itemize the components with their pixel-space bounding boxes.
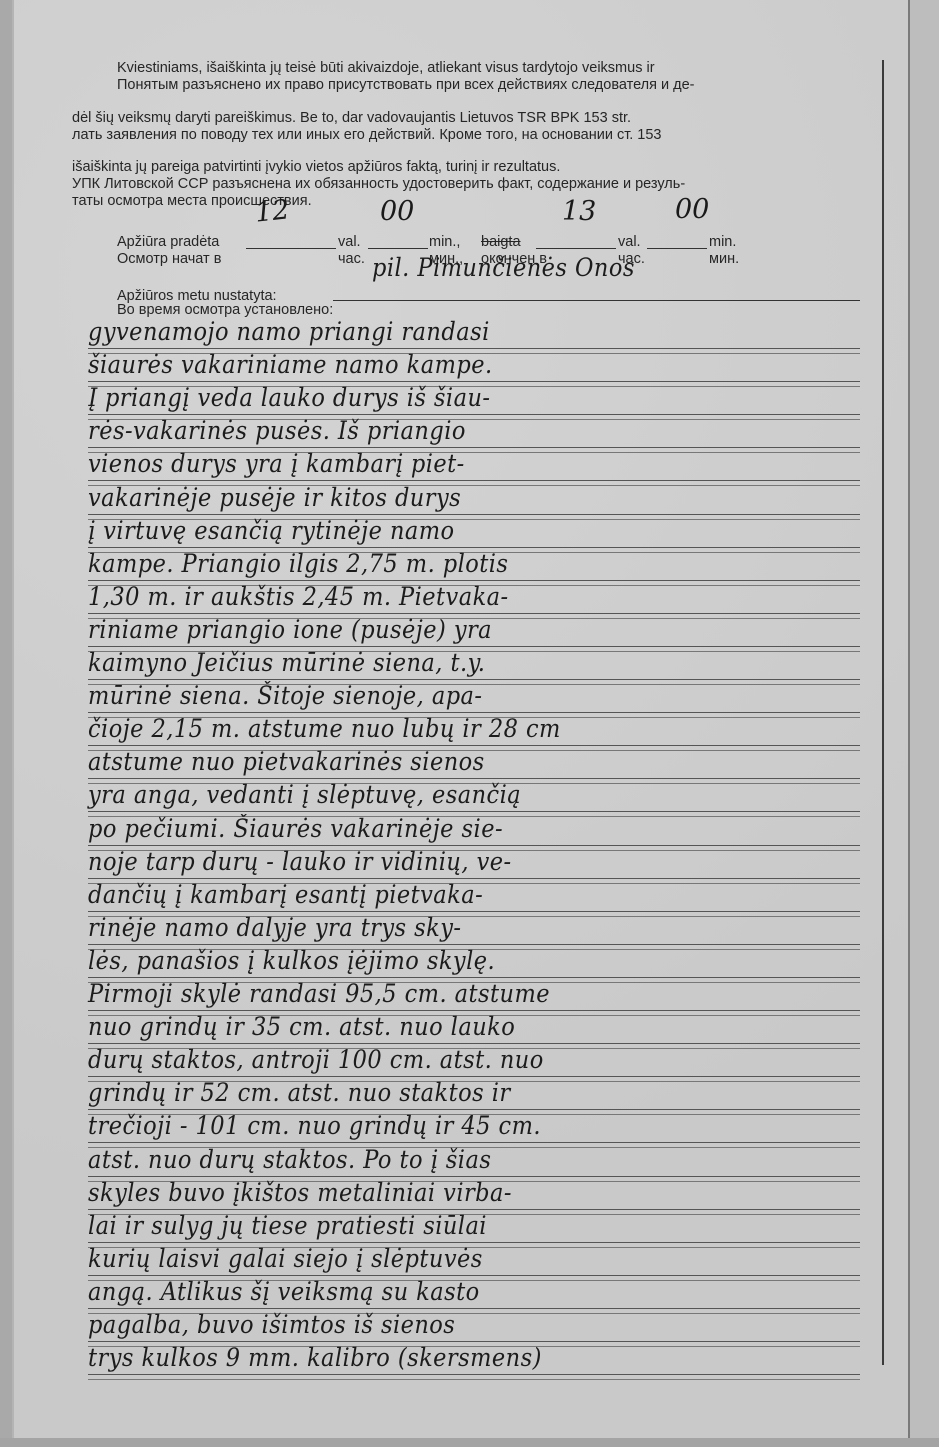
handwritten-line: kurių laisvi galai siejo į slėptuvės [88,1245,808,1273]
end-minutes-label-lt: min. [709,234,736,251]
handwritten-line: trečioji - 101 cm. nuo grindų ir 45 cm. [88,1112,808,1140]
handwritten-line: Pirmoji skylė randasi 95,5 cm. atstume [88,980,808,1008]
handwritten-line: rinėje namo dalyje yra trys sky- [88,914,808,942]
start-label-ru: Осмотр начат в [117,251,221,268]
end-hour-blank [536,248,616,249]
handwritten-line: lės, panašios į kulkos įėjimo skylę. [88,947,808,975]
end-hour-value: 13 [562,196,596,227]
handwritten-line: 1,30 m. ir aukštis 2,45 m. Pietvaka- [88,583,808,611]
handwritten-line: šiaurės vakariniame namo kampe. [88,351,808,379]
handwritten-line: trys kulkos 9 mm. kalibro (skersmens) [88,1344,808,1372]
handwritten-line: į virtuvę esančią rytinėje namo [88,517,808,545]
handwritten-line: kaimyno Jeičius mūrinė siena, t.y. [88,649,808,677]
end-minute-value: 00 [675,194,709,225]
handwritten-line: atstume nuo pietvakarinės sienos [88,748,808,776]
intro-ru-line-3: УПК Литовской ССР разъяснена их обязанно… [72,176,685,193]
ruled-line [88,1374,860,1380]
handwritten-line: grindų ir 52 cm. atst. nuo staktos ir [88,1079,808,1107]
intro-ru-line-2: лать заявления по поводу тех или иных ег… [72,127,662,144]
handwritten-line: rės-vakarinės pusės. Iš priangio [88,417,808,445]
intro-ru-line-1: Понятым разъяснено их право присутствова… [117,77,695,94]
handwritten-line: angą. Atlikus šį veiksmą su kasto [88,1278,808,1306]
handwritten-line: gyvenamojo namo priangi randasi [88,318,808,346]
handwritten-line: čioje 2,15 m. atstume nuo lubų ir 28 cm [88,715,808,743]
hours-label-ru: час. [338,251,365,268]
findings-handwritten-first-line: pil. Pimunčienės Onos [372,254,804,282]
handwritten-line: dančių į kambarį esantį pietvaka- [88,881,808,909]
handwritten-line: atst. nuo durų staktos. Po to į šias [88,1146,808,1174]
start-hour-blank [246,248,336,249]
minutes-label-lt: min., [429,234,460,251]
start-hour-value: 12 [253,194,290,228]
handwritten-line: riniame priangio ione (pusėje) yra [88,616,808,644]
handwritten-line: kampe. Priangio ilgis 2,75 m. plotis [88,550,808,578]
handwritten-line: po pečiumi. Šiaurės vakarinėje sie- [88,815,808,843]
hours-label-lt: val. [338,234,361,251]
handwritten-line: vakarinėje pusėje ir kitos durys [88,484,808,512]
handwritten-line: skyles buvo įkištos metaliniai virba- [88,1179,808,1207]
start-label-lt: Apžiūra pradėta [117,234,219,251]
end-minute-blank [647,248,707,249]
end-label-lt: baigta [481,234,521,251]
findings-first-blank [333,300,860,301]
page-edge [908,0,939,1447]
handwritten-line: pagalba, buvo išimtos iš sienos [88,1311,808,1339]
handwritten-line: Į priangį veda lauko durys iš šiau- [88,384,808,412]
intro-lt-line-2: dėl šių veiksmų daryti pareiškimus. Be t… [72,110,631,127]
handwritten-line: lai ir sulyg jų tiese pratiesti siūlai [88,1212,808,1240]
handwritten-line: durų staktos, antroji 100 cm. atst. nuo [88,1046,808,1074]
handwritten-line: noje tarp durų - lauko ir vidinių, ve- [88,848,808,876]
page-bottom-edge [0,1438,939,1447]
handwritten-line: vienos durys yra į kambarį piet- [88,450,808,478]
start-minute-blank [368,248,428,249]
end-hours-label-lt: val. [618,234,641,251]
handwritten-line: yra anga, vedanti į slėptuvę, esančią [88,781,808,809]
right-margin-line [882,60,884,1365]
handwritten-line: nuo grindų ir 35 cm. atst. nuo lauko [88,1013,808,1041]
intro-lt-line-3: išaiškinta jų pareiga patvirtinti įvykio… [72,159,560,176]
handwritten-line: mūrinė siena. Šitoje sienoje, apa- [88,682,808,710]
start-minute-value: 00 [380,196,414,227]
intro-lt-line-1: Kviestiniams, išaiškinta jų teisė būti a… [117,60,655,77]
